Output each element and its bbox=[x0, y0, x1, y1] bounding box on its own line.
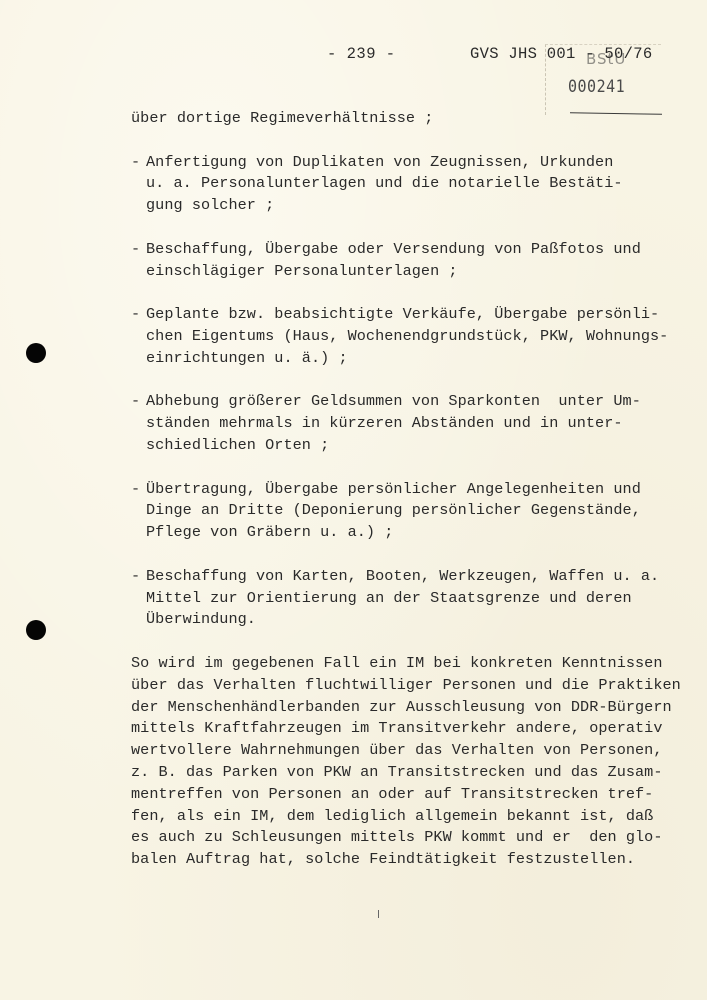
bullet-item: -Beschaffung, Übergabe oder Versendung v… bbox=[131, 239, 671, 283]
bullet-list: -Anfertigung von Duplikaten von Zeugniss… bbox=[131, 152, 671, 632]
bullet-line: ständen mehrmals in kürzeren Abständen u… bbox=[146, 413, 671, 435]
bullet-line: einschlägiger Personalunterlagen ; bbox=[146, 261, 671, 283]
bullet-dash: - bbox=[131, 479, 140, 501]
paragraph-line: wertvollere Wahrnehmungen über das Verha… bbox=[131, 740, 671, 762]
bullet-item: -Beschaffung von Karten, Booten, Werkzeu… bbox=[131, 566, 671, 631]
paragraph-line: mittels Kraftfahrzeugen im Transitverkeh… bbox=[131, 718, 671, 740]
bullet-item: -Übertragung, Übergabe persönlicher Ange… bbox=[131, 479, 671, 544]
bullet-dash: - bbox=[131, 566, 140, 588]
bullet-line: Überwindung. bbox=[146, 609, 671, 631]
bullet-dash: - bbox=[131, 152, 140, 174]
bullet-line: einrichtungen u. ä.) ; bbox=[146, 348, 671, 370]
document-page: - 239 - GVS JHS 001 - 50/76 BStU 000241 … bbox=[0, 0, 707, 1000]
bullet-item: -Geplante bzw. beabsichtigte Verkäufe, Ü… bbox=[131, 304, 671, 369]
document-body: über dortige Regimeverhältnisse ; -Anfer… bbox=[131, 108, 671, 871]
paragraph-line: über das Verhalten fluchtwilliger Person… bbox=[131, 675, 671, 697]
archive-stamp: BStU 000241 bbox=[545, 44, 661, 115]
paragraph-line: fen, als ein IM, dem lediglich allgemein… bbox=[131, 806, 671, 828]
bullet-line: Beschaffung, Übergabe oder Versendung vo… bbox=[146, 239, 671, 261]
bullet-line: Geplante bzw. beabsichtigte Verkäufe, Üb… bbox=[146, 304, 671, 326]
paragraph-line: So wird im gegebenen Fall ein IM bei kon… bbox=[131, 653, 671, 675]
bullet-line: Anfertigung von Duplikaten von Zeugnisse… bbox=[146, 152, 671, 174]
bullet-line: u. a. Personalunterlagen und die notarie… bbox=[146, 173, 671, 195]
punch-hole bbox=[26, 343, 46, 363]
stamp-agency: BStU bbox=[586, 50, 626, 68]
stamp-archive-number: 000241 bbox=[568, 76, 625, 97]
bullet-item: -Anfertigung von Duplikaten von Zeugniss… bbox=[131, 152, 671, 217]
bullet-line: Mittel zur Orientierung an der Staatsgre… bbox=[146, 588, 671, 610]
intro-line: über dortige Regimeverhältnisse ; bbox=[131, 108, 671, 130]
closing-paragraph: So wird im gegebenen Fall ein IM bei kon… bbox=[131, 653, 671, 871]
bullet-dash: - bbox=[131, 391, 140, 413]
paragraph-line: balen Auftrag hat, solche Feindtätigkeit… bbox=[131, 849, 671, 871]
paragraph-line: der Menschenhändlerbanden zur Ausschleus… bbox=[131, 697, 671, 719]
paragraph-line: z. B. das Parken von PKW an Transitstrec… bbox=[131, 762, 671, 784]
bullet-dash: - bbox=[131, 304, 140, 326]
bullet-dash: - bbox=[131, 239, 140, 261]
bullet-line: Abhebung größerer Geldsummen von Sparkon… bbox=[146, 391, 671, 413]
punch-hole bbox=[26, 620, 46, 640]
paragraph-line: mentreffen von Personen an oder auf Tran… bbox=[131, 784, 671, 806]
bullet-item: -Abhebung größerer Geldsummen von Sparko… bbox=[131, 391, 671, 456]
page-number: - 239 - bbox=[327, 45, 396, 63]
bullet-line: schiedlichen Orten ; bbox=[146, 435, 671, 457]
bullet-line: chen Eigentums (Haus, Wochenendgrundstüc… bbox=[146, 326, 671, 348]
scan-mark bbox=[378, 910, 379, 918]
bullet-line: Übertragung, Übergabe persönlicher Angel… bbox=[146, 479, 671, 501]
bullet-line: Dinge an Dritte (Deponierung persönliche… bbox=[146, 500, 671, 522]
bullet-line: Beschaffung von Karten, Booten, Werkzeug… bbox=[146, 566, 671, 588]
paragraph-line: es auch zu Schleusungen mittels PKW komm… bbox=[131, 827, 671, 849]
bullet-line: gung solcher ; bbox=[146, 195, 671, 217]
bullet-line: Pflege von Gräbern u. a.) ; bbox=[146, 522, 671, 544]
